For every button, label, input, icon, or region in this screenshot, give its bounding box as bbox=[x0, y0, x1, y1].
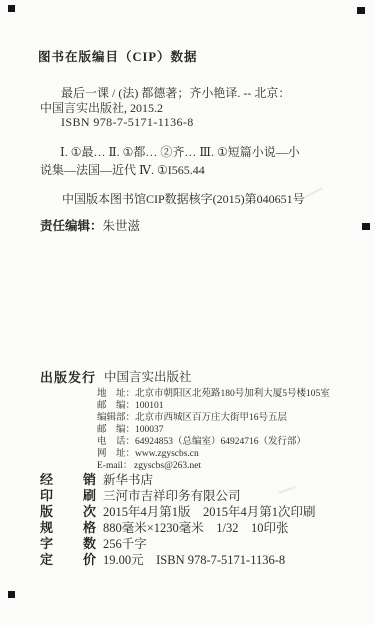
contact-label: 编辑部： bbox=[97, 412, 135, 424]
responsible-editor-line: 责任编辑：朱世滋 bbox=[40, 219, 140, 234]
colophon-label: 字数 bbox=[40, 536, 96, 552]
colophon-label-char: 字 bbox=[40, 536, 53, 552]
colophon-value: 2015年4月第1版 2015年4月第1次印刷 bbox=[103, 504, 316, 520]
contact-value: 100101 bbox=[135, 401, 164, 411]
colophon-label-char: 销 bbox=[83, 472, 96, 488]
publisher-row: 出版发行 中国言实出版社 bbox=[40, 370, 192, 386]
scan-speck-top-right bbox=[357, 7, 365, 14]
publisher-name: 中国言实出版社 bbox=[104, 370, 192, 386]
colophon-label: 定价 bbox=[40, 552, 96, 568]
contact-row-email: E-mail：zgyscbs@263.net bbox=[97, 460, 330, 472]
publisher-contact-block: 地 址：北京市朝阳区北苑路180号加利大厦5号楼105室 邮 编：100101 … bbox=[97, 388, 330, 472]
colophon-label-char: 刷 bbox=[83, 488, 96, 504]
colophon-label-char: 格 bbox=[83, 520, 96, 536]
colophon-label-char: 数 bbox=[83, 536, 96, 552]
contact-label: 邮 编： bbox=[97, 424, 135, 436]
colophon-block: 经销 新华书店 印刷 三河市吉祥印务有限公司 版次 2015年4月第1版 201… bbox=[40, 472, 316, 568]
contact-value: 64924853（总编室）64924716（发行部） bbox=[135, 437, 306, 447]
scan-speck-right-edge bbox=[362, 223, 370, 230]
colophon-label: 印刷 bbox=[40, 488, 96, 504]
cip-publisher-line: 中国言实出版社, 2015.2 bbox=[40, 101, 163, 115]
responsible-editor-label: 责任编辑： bbox=[40, 219, 103, 233]
colophon-row-format: 规格 880毫米×1230毫米 1/32 10印张 bbox=[40, 520, 316, 536]
colophon-row-word-count: 字数 256千字 bbox=[40, 536, 316, 552]
colophon-label-char: 定 bbox=[40, 552, 53, 568]
colophon-value: 三河市吉祥印务有限公司 bbox=[103, 488, 241, 504]
colophon-label: 规格 bbox=[40, 520, 96, 536]
cip-classification-line-2: 说集—法国—近代 Ⅳ. ①I565.44 bbox=[40, 163, 205, 177]
cip-record-number-line: 中国版本图书馆CIP数据核字(2015)第040651号 bbox=[62, 192, 305, 206]
cip-classification-line-1: Ⅰ. ①最… Ⅱ. ①都… ②齐… Ⅲ. ①短篇小说—小 bbox=[60, 145, 300, 159]
colophon-label-char: 价 bbox=[83, 552, 96, 568]
contact-value: zgyscbs@263.net bbox=[134, 461, 201, 471]
colophon-value: 256千字 bbox=[103, 536, 147, 552]
colophon-label-char: 印 bbox=[40, 488, 53, 504]
colophon-label-char: 规 bbox=[40, 520, 53, 536]
colophon-row-price: 定价 19.00元 ISBN 978-7-5171-1136-8 bbox=[40, 552, 316, 568]
contact-label: 邮 编： bbox=[97, 400, 135, 412]
contact-value: 北京市朝阳区北苑路180号加利大厦5号楼105室 bbox=[135, 389, 330, 399]
scan-speck-top-left bbox=[8, 5, 15, 12]
contact-row-website: 网 址：www.zgyscbs.cn bbox=[97, 448, 330, 460]
colophon-label-char: 版 bbox=[40, 504, 53, 520]
contact-label: 电 话： bbox=[97, 436, 135, 448]
colophon-row-edition: 版次 2015年4月第1版 2015年4月第1次印刷 bbox=[40, 504, 316, 520]
contact-value: 北京市西城区百万庄大街甲16号五层 bbox=[135, 413, 287, 423]
contact-value: www.zgyscbs.cn bbox=[135, 449, 199, 459]
cip-title-line: 最后一课 / (法) 都德著；齐小艳译. -- 北京： bbox=[61, 86, 290, 100]
colophon-row-distributor: 经销 新华书店 bbox=[40, 472, 316, 488]
scan-speck-bottom-left bbox=[8, 591, 15, 598]
colophon-label-char: 经 bbox=[40, 472, 53, 488]
contact-label: 地 址： bbox=[97, 388, 135, 400]
publisher-label: 出版发行 bbox=[40, 370, 97, 386]
colophon-value: 880毫米×1230毫米 1/32 10印张 bbox=[103, 520, 289, 536]
cip-heading: 图书在版编目（CIP）数据 bbox=[38, 50, 198, 65]
colophon-label-char: 次 bbox=[83, 504, 96, 520]
colophon-row-printer: 印刷 三河市吉祥印务有限公司 bbox=[40, 488, 316, 504]
colophon-value: 新华书店 bbox=[103, 472, 153, 488]
contact-row-postcode: 邮 编：100101 bbox=[97, 400, 330, 412]
contact-row-postcode-2: 邮 编：100037 bbox=[97, 424, 330, 436]
colophon-label: 经销 bbox=[40, 472, 96, 488]
contact-label: E-mail： bbox=[97, 460, 134, 472]
contact-row-editorial-dept: 编辑部：北京市西城区百万庄大街甲16号五层 bbox=[97, 412, 330, 424]
responsible-editor-name: 朱世滋 bbox=[103, 219, 141, 233]
colophon-label: 版次 bbox=[40, 504, 96, 520]
contact-row-telephone: 电 话：64924853（总编室）64924716（发行部） bbox=[97, 436, 330, 448]
contact-label: 网 址： bbox=[97, 448, 135, 460]
contact-row-address: 地 址：北京市朝阳区北苑路180号加利大厦5号楼105室 bbox=[97, 388, 330, 400]
cip-isbn-line: ISBN 978-7-5171-1136-8 bbox=[61, 115, 194, 129]
colophon-value: 19.00元 ISBN 978-7-5171-1136-8 bbox=[103, 552, 285, 568]
contact-value: 100037 bbox=[135, 425, 164, 435]
book-copyright-page: 图书在版编目（CIP）数据 最后一课 / (法) 都德著；齐小艳译. -- 北京… bbox=[0, 0, 375, 625]
